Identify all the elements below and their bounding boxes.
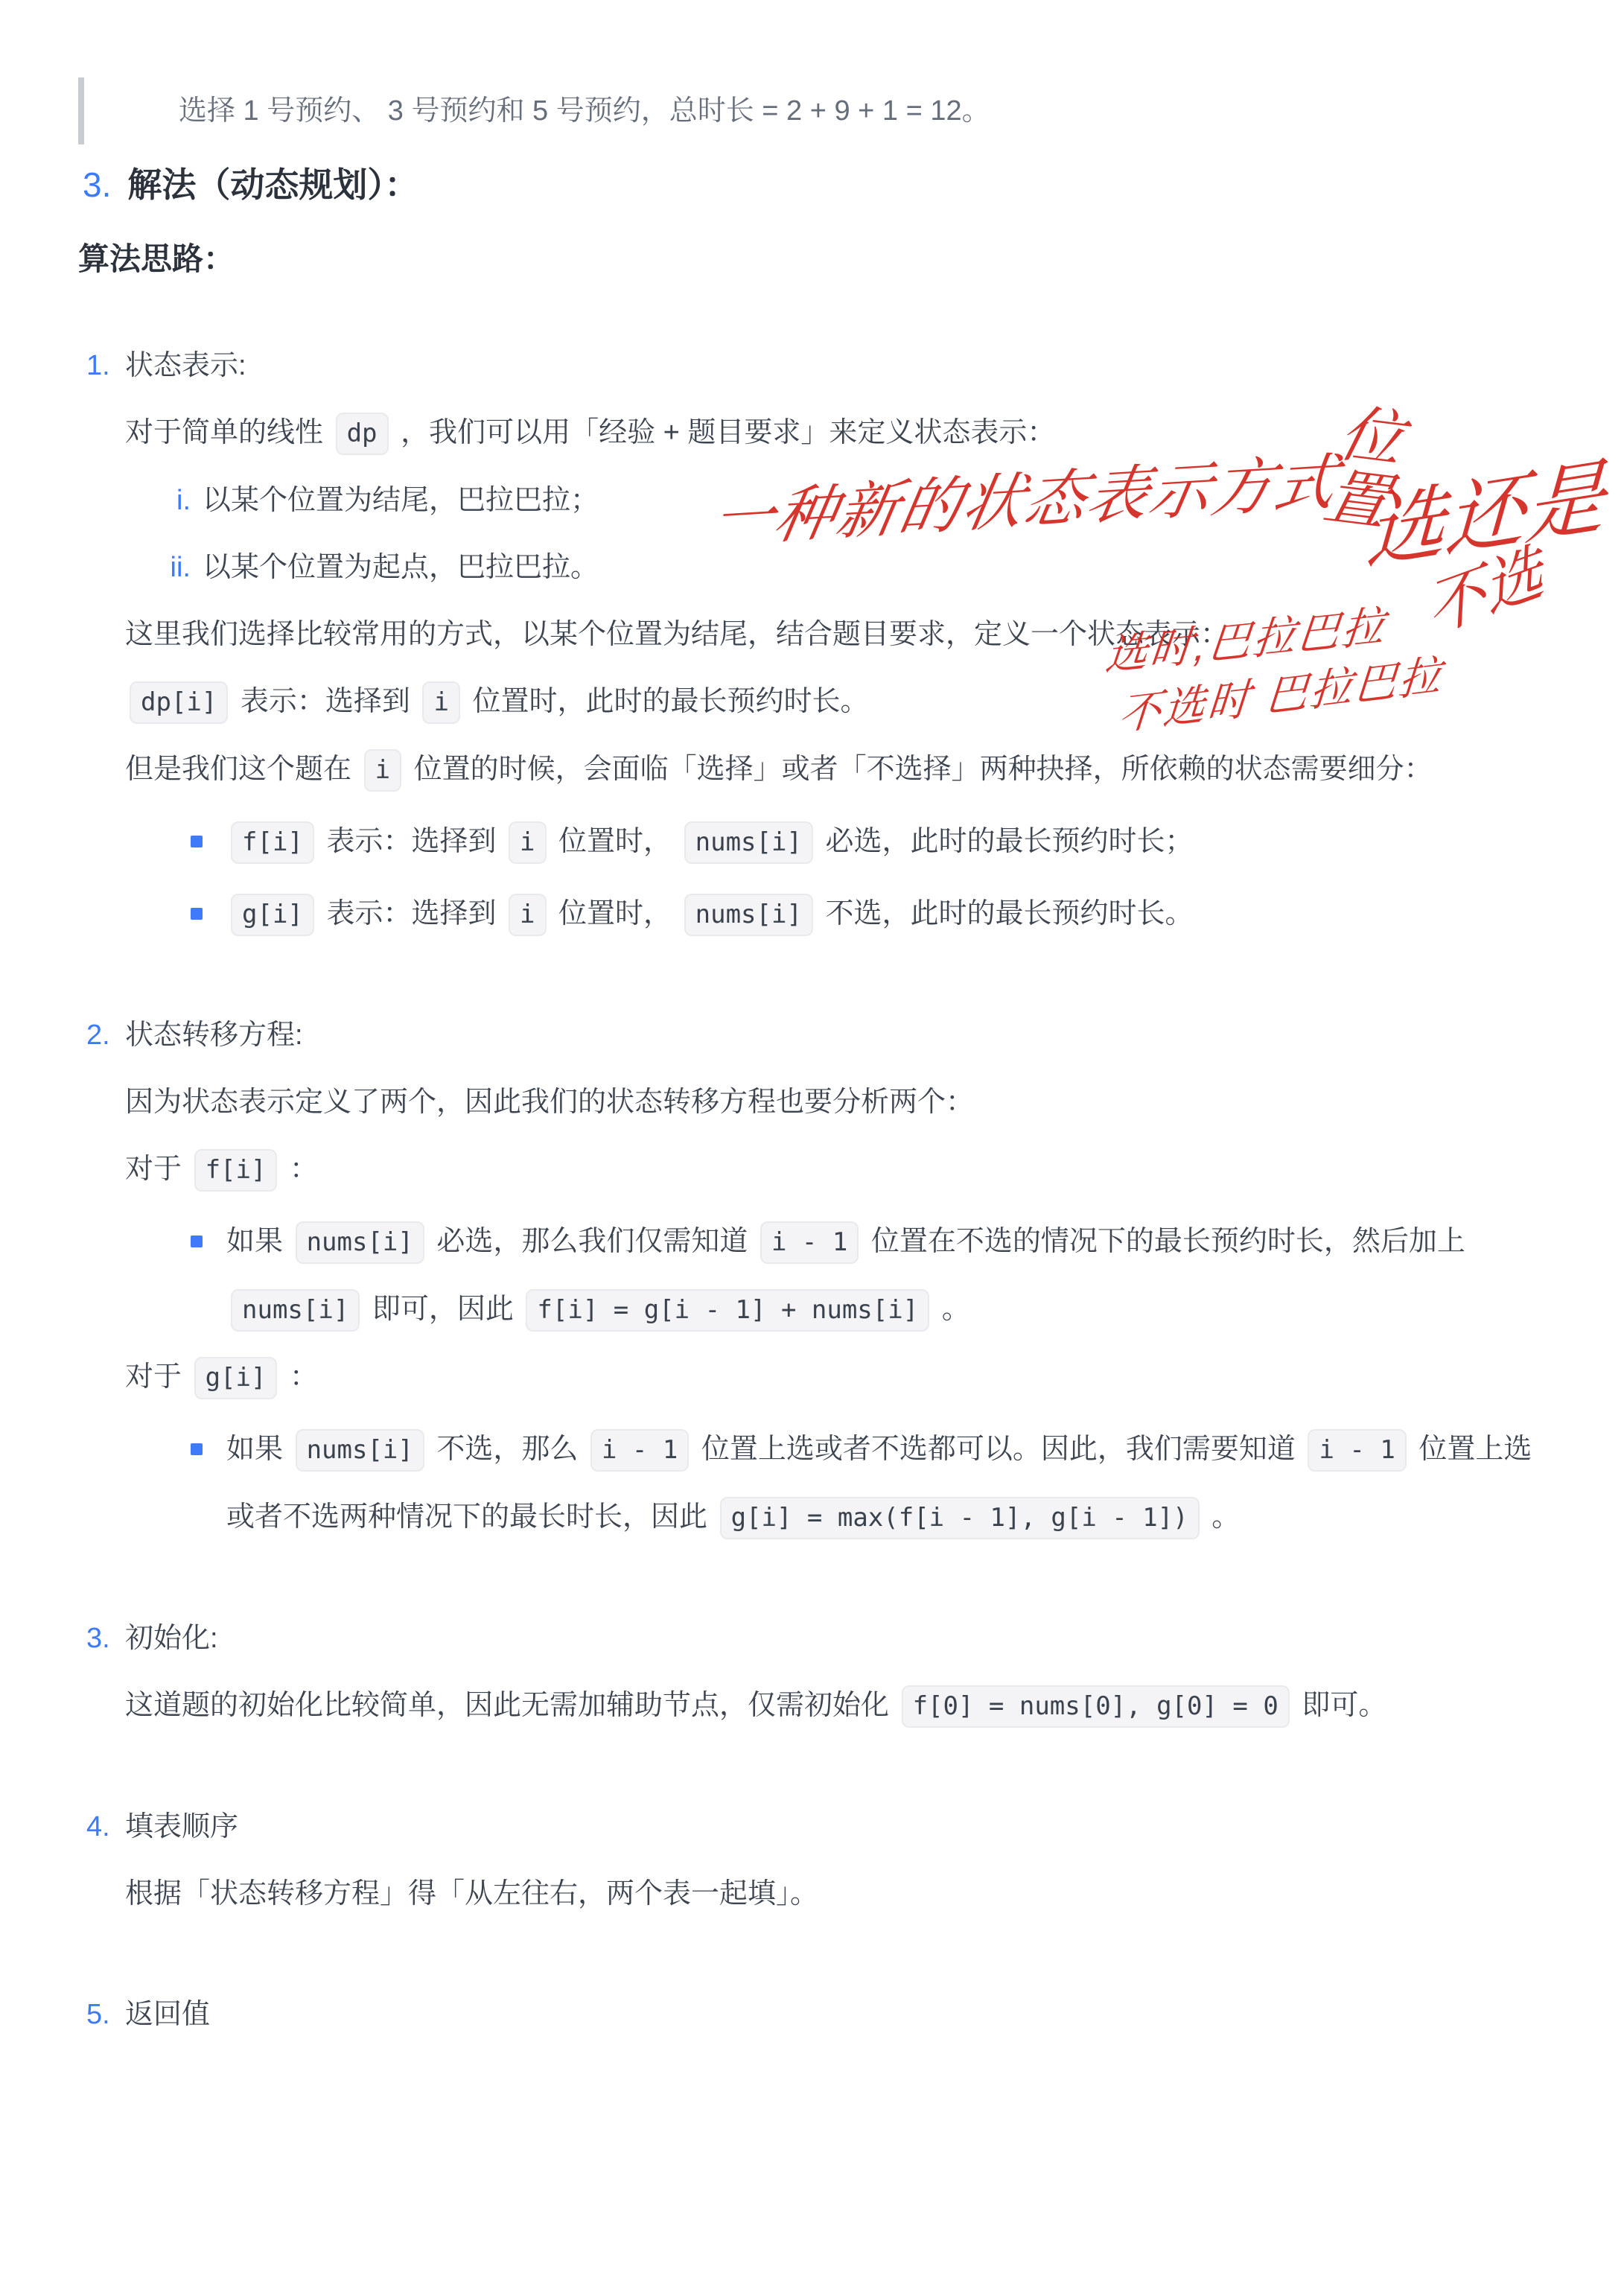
- bullet-list-item: 如果 nums[i] 必选，那么我们仅需知道 i - 1 位置在不选的情况下的最…: [191, 1208, 1550, 1343]
- bullet-square-icon: [191, 836, 203, 848]
- text-run: 位置上选或者不选都可以。因此，我们需要知道: [693, 1434, 1303, 1465]
- step-number: 1.: [86, 332, 125, 948]
- inline-code: g[i] = max(f[i - 1], g[i - 1]): [720, 1497, 1200, 1539]
- text-run: 。: [1204, 1501, 1241, 1533]
- text-run: 位置时，: [551, 826, 680, 857]
- text-run: 必选，那么我们仅需知道: [429, 1226, 756, 1257]
- text-run: 以某个位置为结尾，巴拉巴拉；: [203, 485, 599, 516]
- roman-list-item: ii.以某个位置为起点，巴拉巴拉。: [152, 534, 1550, 601]
- bullet-item-text: 如果 nums[i] 必选，那么我们仅需知道 i - 1 位置在不选的情况下的最…: [226, 1208, 1550, 1343]
- step-title: 返回值: [125, 1981, 1550, 2048]
- text-run: ：: [281, 1154, 318, 1185]
- text-run: 对于: [125, 1361, 190, 1393]
- text-run: 因为状态表示定义了两个，因此我们的状态转移方程也要分析两个：: [125, 1087, 974, 1118]
- text-run: 以某个位置为起点，巴拉巴拉。: [203, 552, 599, 583]
- text-run: 根据「状态转移方程」得「从左往右，两个表一起填」。: [125, 1878, 818, 1909]
- text-run: 如果: [226, 1434, 291, 1465]
- step-content: 状态转移方程:因为状态表示定义了两个，因此我们的状态转移方程也要分析两个：对于 …: [125, 1002, 1550, 1551]
- blockquote-text: 选择 1 号预约、 3 号预约和 5 号预约，总时长 = 2 + 9 + 1 =…: [179, 95, 990, 127]
- text-run: 即可。: [1294, 1690, 1387, 1721]
- bullet-list-item: 如果 nums[i] 不选，那么 i - 1 位置上选或者不选都可以。因此，我们…: [191, 1416, 1550, 1551]
- text-run: 位置在不选的情况下的最长预约时长，然后加上: [863, 1226, 1465, 1257]
- inline-code: f[i] = g[i - 1] + nums[i]: [526, 1289, 929, 1332]
- inline-code: g[i]: [231, 894, 314, 936]
- text-run: ：: [281, 1361, 318, 1393]
- roman-item-text: 以某个位置为起点，巴拉巴拉。: [203, 534, 1550, 601]
- roman-list-item: i.以某个位置为结尾，巴拉巴拉；: [152, 467, 1550, 534]
- roman-marker: ii.: [152, 534, 191, 601]
- paragraph: 对于 g[i] ：: [125, 1343, 1550, 1411]
- inline-code: f[i]: [194, 1149, 278, 1192]
- document-body: 选择 1 号预约、 3 号预约和 5 号预约，总时长 = 2 + 9 + 1 =…: [0, 0, 1624, 2048]
- step-content: 状态表示:对于简单的线性 dp ，我们可以用「经验 + 题目要求」来定义状态表示…: [125, 332, 1550, 948]
- text-run: 填表顺序: [125, 1811, 238, 1842]
- inline-code: nums[i]: [231, 1289, 360, 1332]
- list-item-step: 1.状态表示:对于简单的线性 dp ，我们可以用「经验 + 题目要求」来定义状态…: [78, 332, 1550, 948]
- text-run: 表示：选择到: [319, 898, 504, 929]
- roman-item-text: 以某个位置为结尾，巴拉巴拉；: [203, 467, 1550, 534]
- step-title: 填表顺序: [125, 1793, 1550, 1860]
- bullet-square-icon: [191, 908, 203, 920]
- inline-code: nums[i]: [684, 821, 813, 864]
- paragraph: 这道题的初始化比较简单，因此无需加辅助节点，仅需初始化 f[0] = nums[…: [125, 1672, 1550, 1740]
- section-heading-number: 3.: [83, 165, 111, 204]
- text-run: 状态表示:: [125, 350, 246, 381]
- bullet-item-text: g[i] 表示：选择到 i 位置时， nums[i] 不选，此时的最长预约时长。: [226, 880, 1550, 948]
- inline-code: i - 1: [590, 1429, 689, 1472]
- text-run: 对于简单的线性: [125, 417, 331, 448]
- text-run: 不选，此时的最长预约时长。: [818, 898, 1194, 929]
- inline-code: i: [364, 749, 401, 792]
- text-run: 状态转移方程:: [125, 1020, 303, 1051]
- text-run: 位置时，: [551, 898, 680, 929]
- section-heading-text: 解法（动态规划）：: [127, 165, 418, 204]
- text-run: 如果: [226, 1226, 291, 1257]
- text-run: 必选，此时的最长预约时长；: [818, 826, 1194, 857]
- text-run: 初始化:: [125, 1623, 218, 1654]
- inline-code: g[i]: [194, 1357, 278, 1399]
- bullet-square-icon: [191, 1443, 203, 1455]
- list-item-step: 3.初始化:这道题的初始化比较简单，因此无需加辅助节点，仅需初始化 f[0] =…: [78, 1605, 1550, 1740]
- inline-code: nums[i]: [296, 1221, 424, 1264]
- bullet-square-icon: [191, 1236, 203, 1247]
- step-content: 填表顺序根据「状态转移方程」得「从左往右，两个表一起填」。: [125, 1793, 1550, 1927]
- inline-code: i: [422, 681, 459, 724]
- text-run: 位置时，此时的最长预约时长。: [465, 686, 869, 717]
- bullet-list: 如果 nums[i] 必选，那么我们仅需知道 i - 1 位置在不选的情况下的最…: [125, 1208, 1550, 1343]
- bullet-list-item: g[i] 表示：选择到 i 位置时， nums[i] 不选，此时的最长预约时长。: [191, 880, 1550, 948]
- inline-code: f[0] = nums[0], g[0] = 0: [902, 1685, 1290, 1728]
- blockquote: 选择 1 号预约、 3 号预约和 5 号预约，总时长 = 2 + 9 + 1 =…: [78, 77, 1550, 144]
- inline-code: f[i]: [231, 821, 314, 864]
- inline-code: dp: [336, 413, 389, 455]
- bullet-item-text: 如果 nums[i] 不选，那么 i - 1 位置上选或者不选都可以。因此，我们…: [226, 1416, 1550, 1551]
- inline-code: i: [509, 894, 546, 936]
- step-content: 初始化:这道题的初始化比较简单，因此无需加辅助节点，仅需初始化 f[0] = n…: [125, 1605, 1550, 1740]
- bullet-item-text: f[i] 表示：选择到 i 位置时， nums[i] 必选，此时的最长预约时长；: [226, 808, 1550, 876]
- text-run: ，我们可以用「经验 + 题目要求」来定义状态表示：: [393, 417, 1056, 448]
- bullet-list: 如果 nums[i] 不选，那么 i - 1 位置上选或者不选都可以。因此，我们…: [125, 1416, 1550, 1551]
- bullet-list-item: f[i] 表示：选择到 i 位置时， nums[i] 必选，此时的最长预约时长；: [191, 808, 1550, 876]
- paragraph: 这里我们选择比较常用的方式，以某个位置为结尾，结合题目要求，定义一个状态表示：: [125, 601, 1550, 668]
- text-run: 即可，因此: [364, 1294, 521, 1325]
- paragraph: 根据「状态转移方程」得「从左往右，两个表一起填」。: [125, 1860, 1550, 1927]
- subsection-heading-text: 算法思路：: [78, 241, 235, 276]
- roman-list: i.以某个位置为结尾，巴拉巴拉；ii.以某个位置为起点，巴拉巴拉。: [125, 467, 1550, 601]
- step-number: 4.: [86, 1793, 125, 1927]
- text-run: 这里我们选择比较常用的方式，以某个位置为结尾，结合题目要求，定义一个状态表示：: [125, 619, 1229, 650]
- paragraph: 因为状态表示定义了两个，因此我们的状态转移方程也要分析两个：: [125, 1069, 1550, 1136]
- step-number: 2.: [86, 1002, 125, 1551]
- text-run: 返回值: [125, 1999, 210, 2030]
- inline-code: dp[i]: [130, 681, 228, 724]
- text-run: 不选，那么: [429, 1434, 586, 1465]
- paragraph: 但是我们这个题在 i 位置的时候，会面临「选择」或者「不选择」两种抉择，所依赖的…: [125, 736, 1550, 804]
- inline-code: i: [509, 821, 546, 864]
- list-item-step: 5.返回值: [78, 1981, 1550, 2048]
- step-number: 3.: [86, 1605, 125, 1740]
- inline-code: nums[i]: [684, 894, 813, 936]
- ordered-list: 1.状态表示:对于简单的线性 dp ，我们可以用「经验 + 题目要求」来定义状态…: [78, 332, 1550, 2048]
- text-run: 对于: [125, 1154, 190, 1185]
- text-run: 但是我们这个题在: [125, 754, 360, 785]
- text-run: 。: [934, 1294, 970, 1325]
- inline-code: nums[i]: [296, 1429, 424, 1472]
- text-run: 表示：选择到: [319, 826, 504, 857]
- roman-marker: i.: [152, 467, 191, 534]
- step-content: 返回值: [125, 1981, 1550, 2048]
- step-number: 5.: [86, 1981, 125, 2048]
- paragraph: 对于简单的线性 dp ，我们可以用「经验 + 题目要求」来定义状态表示：: [125, 399, 1550, 467]
- section-heading: 3.解法（动态规划）：: [83, 164, 1550, 206]
- text-run: 这道题的初始化比较简单，因此无需加辅助节点，仅需初始化: [125, 1690, 897, 1721]
- step-title: 初始化:: [125, 1605, 1550, 1672]
- bullet-list: f[i] 表示：选择到 i 位置时， nums[i] 必选，此时的最长预约时长；…: [125, 808, 1550, 948]
- step-title: 状态转移方程:: [125, 1002, 1550, 1069]
- text-run: 表示：选择到: [232, 686, 418, 717]
- subsection-heading: 算法思路：: [78, 240, 1550, 279]
- list-item-step: 4.填表顺序根据「状态转移方程」得「从左往右，两个表一起填」。: [78, 1793, 1550, 1927]
- inline-code: i - 1: [760, 1221, 859, 1264]
- list-item-step: 2.状态转移方程:因为状态表示定义了两个，因此我们的状态转移方程也要分析两个：对…: [78, 1002, 1550, 1551]
- paragraph: dp[i] 表示：选择到 i 位置时，此时的最长预约时长。: [125, 668, 1550, 736]
- inline-code: i - 1: [1308, 1429, 1406, 1472]
- step-title: 状态表示:: [125, 332, 1550, 399]
- text-run: 位置的时候，会面临「选择」或者「不选择」两种抉择，所依赖的状态需要细分：: [406, 754, 1433, 785]
- paragraph: 对于 f[i] ：: [125, 1136, 1550, 1203]
